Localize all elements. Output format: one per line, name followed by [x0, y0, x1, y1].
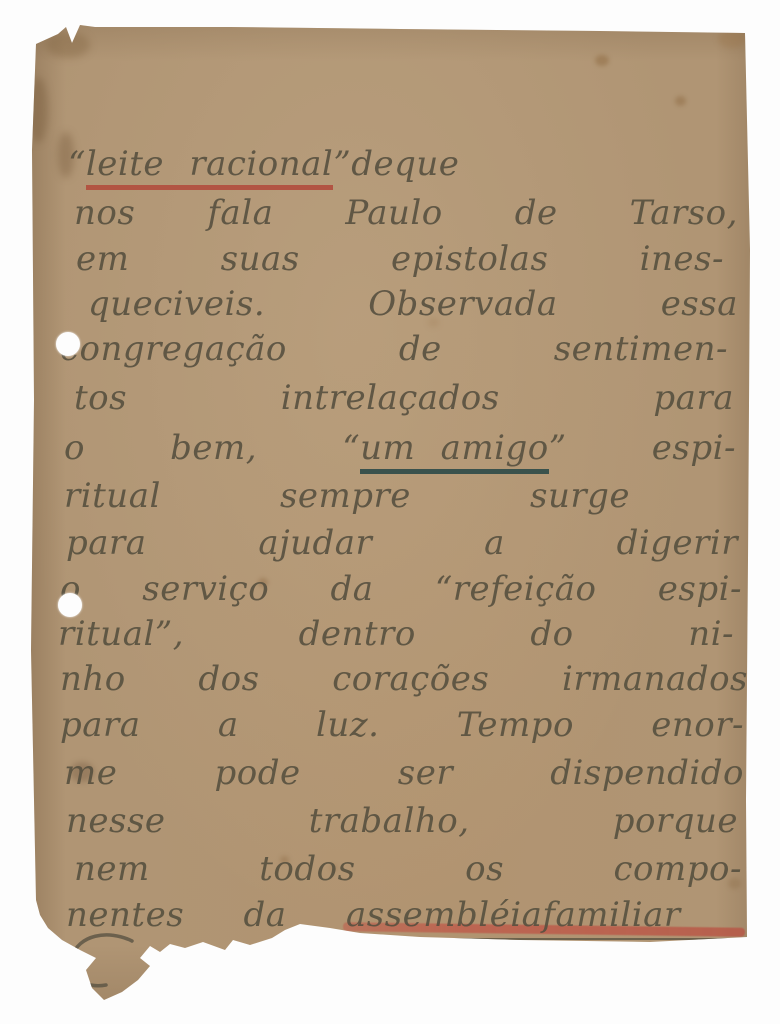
word: para: [66, 522, 147, 564]
word: corações: [332, 658, 489, 700]
underlined-phrase-red: leite racional: [86, 144, 333, 190]
word: ritual”,: [58, 613, 184, 655]
handwriting-line: oserviçoda“refeiçãoespi-: [60, 568, 742, 610]
word: suas: [221, 238, 300, 280]
quoted-phrase: “leite racional”: [68, 143, 351, 185]
word: ritual: [64, 475, 161, 517]
word: Paulo: [345, 192, 442, 234]
handwriting-line: ritual”,dentrodoni-: [58, 613, 734, 655]
word: da: [331, 568, 374, 610]
word: assembléia: [346, 895, 542, 935]
word: ines-: [640, 238, 724, 280]
close-quote: ”: [333, 144, 351, 184]
word: dos: [198, 658, 259, 700]
word: em: [76, 238, 129, 280]
handwriting-line: nentes da assembléiafamiliar: [66, 894, 746, 940]
word: espi-: [658, 568, 742, 610]
handwriting-line: nosfalaPaulodeTarso,: [74, 192, 738, 234]
punch-hole: [58, 593, 82, 617]
word: surge: [530, 475, 630, 517]
word: espi-: [652, 427, 736, 469]
word: bem,: [170, 427, 257, 469]
word: me: [64, 752, 117, 794]
word: da: [244, 894, 287, 940]
word: ni-: [688, 613, 734, 655]
paper-stain: [595, 55, 609, 66]
word: fala: [207, 192, 273, 234]
handwriting-line: nemtodososcompo-: [74, 848, 742, 890]
open-quote: “: [342, 428, 360, 468]
word: porque: [613, 800, 738, 842]
quoted-phrase: “um amigo”: [342, 427, 566, 469]
word: “refeição: [435, 568, 597, 610]
line-words: deque: [351, 143, 708, 185]
word: intrelaçados: [281, 377, 500, 419]
word: tos: [74, 377, 127, 419]
word: ser: [398, 752, 453, 794]
paper-stain: [28, 77, 48, 143]
word: nos: [74, 192, 135, 234]
paper-stain: [718, 30, 746, 48]
open-quote: “: [68, 144, 86, 184]
word: dispendido: [550, 752, 744, 794]
word: enor-: [651, 704, 744, 746]
word: digerir: [617, 522, 738, 564]
word: os: [465, 848, 504, 890]
word: Tempo: [457, 704, 574, 746]
word: a: [218, 704, 239, 746]
handwriting-line: ritualsempresurge: [64, 475, 630, 517]
handwriting-line: tosintrelaçadospara: [74, 377, 734, 419]
word: de: [399, 328, 442, 370]
word: nentes: [66, 894, 184, 940]
word: a: [484, 522, 505, 564]
word: do: [530, 613, 573, 655]
handwriting-line: nessetrabalho,porque: [66, 800, 738, 842]
word: epistolas: [391, 238, 548, 280]
handwriting-line: o bem, “um amigo” espi-: [64, 427, 736, 469]
photo-background: { "page": { "background_color": "#fdfdfd…: [0, 0, 780, 1024]
word: essa: [661, 283, 738, 325]
word: sentimen-: [554, 328, 728, 370]
word: serviço: [142, 568, 269, 610]
punch-hole: [56, 332, 80, 356]
word: pode: [215, 752, 301, 794]
handwriting-line: paraaluz.Tempoenor-: [60, 704, 744, 746]
word: familiar: [542, 895, 680, 935]
word: o: [64, 427, 85, 469]
word: dentro: [299, 613, 416, 655]
word: luz.: [316, 704, 380, 746]
close-quote: ”: [549, 428, 567, 468]
handwriting-line: mepodeserdispendido: [64, 752, 744, 794]
word: de: [515, 192, 558, 234]
word: para: [653, 377, 734, 419]
word: todos: [259, 848, 355, 890]
handwriting-line: emsuasepistolasines-: [76, 238, 724, 280]
paper-stain: [46, 32, 90, 58]
word: que: [394, 144, 459, 184]
paper-stain: [675, 96, 686, 106]
word: sempre: [280, 475, 411, 517]
word: nesse: [66, 800, 166, 842]
handwriting-line: paraajudaradigerir: [66, 522, 738, 564]
word: trabalho,: [309, 800, 470, 842]
word: ajudar: [258, 522, 372, 564]
word: congregação: [60, 328, 287, 370]
handwriting-line: congregaçãodesentimen-: [60, 328, 728, 370]
underlined-phrase-pencil: assembléiafamiliar: [346, 894, 746, 940]
word: queciveis.: [88, 283, 265, 325]
word: nho: [60, 658, 126, 700]
word: para: [60, 704, 141, 746]
manuscript-page: “leite racional” deque nosfalaPaulodeTar…: [30, 22, 752, 1004]
handwriting-line: nhodoscoraçõesirmanados: [60, 658, 748, 700]
word: nem: [74, 848, 150, 890]
word: irmanados: [562, 658, 748, 700]
handwriting-line: “leite racional” deque: [68, 143, 708, 185]
word: Tarso,: [630, 192, 738, 234]
word: compo-: [614, 848, 742, 890]
handwriting-line: queciveis.Observadaessa: [88, 283, 738, 325]
underlined-phrase-dark: um amigo: [360, 428, 549, 474]
word: de: [351, 144, 394, 184]
word: Observada: [368, 283, 557, 325]
